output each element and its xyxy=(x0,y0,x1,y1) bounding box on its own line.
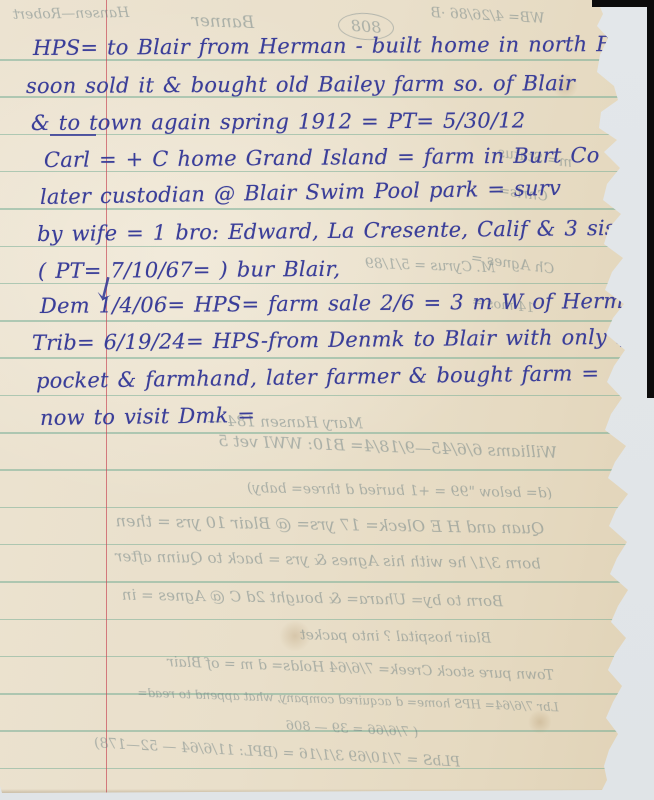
ruled-line xyxy=(0,619,654,621)
handwritten-line: & to town again spring 1912 = PT= 5/30/1… xyxy=(31,108,525,135)
handwritten-line: HPS= to Blair from Herman - built home i… xyxy=(33,32,653,60)
bleedthrough-line: Ch Agnes = xyxy=(430,245,596,284)
ruled-line xyxy=(0,357,654,359)
handwritten-line: ( PT= 7/10/67= ) bur Blair, xyxy=(38,257,340,283)
ruled-line xyxy=(0,581,654,583)
bleedthrough-line: Lbr 7/6/64= HPS home= d acquired company… xyxy=(58,683,638,717)
ruled-line xyxy=(0,768,654,770)
ruled-line xyxy=(0,320,654,322)
handwritten-line: now to visit Dmk = xyxy=(40,403,255,430)
bleedthrough-line: Williams 6/6/45—9/18/4= B10: WWI vet 5 xyxy=(155,429,620,464)
bleedthrough-line: Quan and H E Oleck= 17 yrs= @ Blair 10 y… xyxy=(30,510,630,539)
ruled-line xyxy=(0,507,654,509)
handwritten-line: by wife = 1 bro: Edward, La Cresente, Ca… xyxy=(37,216,616,246)
ruled-line xyxy=(0,246,654,248)
handwritten-line: pocket & farmhand, later farmer & bought… xyxy=(36,361,600,393)
scanned-document: Hansen—RobertBannerWB= 4/26/86 ·B808m= S… xyxy=(0,0,654,800)
ruled-line xyxy=(0,432,654,434)
bleedthrough-line: born 3/1/ he with his Agnes & yrs = back… xyxy=(28,546,628,574)
bleedthrough-line: (d= below "99 = +1 buried d three= baby) xyxy=(232,480,567,502)
ruled-line xyxy=(0,395,654,397)
scanner-edge-top xyxy=(592,0,654,7)
bleedthrough-line: ( 7/6/66 = 39 — 806 xyxy=(252,717,453,742)
underline-mark xyxy=(50,134,96,136)
handwritten-line: Carl = + C home Grand Island = farm in B… xyxy=(44,143,626,172)
handwritten-line: later custodian @ Blair Swim Pool park =… xyxy=(40,176,561,209)
bleedthrough-line: Hansen—Robert xyxy=(6,5,136,23)
bleedthrough-line: Banner xyxy=(168,10,279,34)
ruled-line xyxy=(0,544,654,546)
ruled-line xyxy=(0,208,654,210)
bleedthrough-line: Born to by= Uhara= & bought 2d C @ Agnes… xyxy=(30,584,595,612)
handwritten-line: soon sold it & bought old Bailey farm so… xyxy=(26,71,575,98)
bleedthrough-line: Blair hospital ? into packet xyxy=(228,626,563,648)
handwritten-line: Trib= 6/19/24= HPS-from Denmk to Blair w… xyxy=(32,324,654,355)
bleedthrough-line: WB= 4/26/86 ·B xyxy=(410,4,566,28)
paper: Hansen—RobertBannerWB= 4/26/86 ·B808m= S… xyxy=(0,0,654,794)
scanner-edge-right xyxy=(647,0,654,398)
ruled-line xyxy=(0,469,654,471)
